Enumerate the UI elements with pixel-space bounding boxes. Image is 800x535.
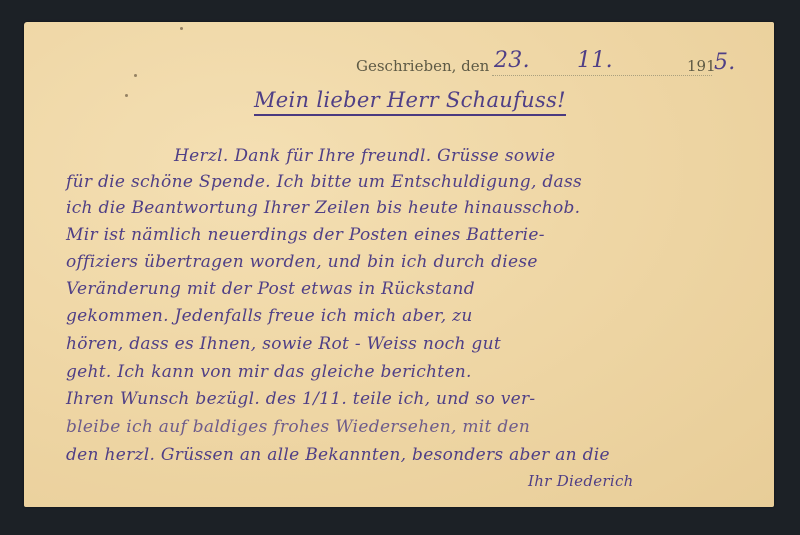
date-dotted-line (492, 75, 712, 76)
body-line: Herzl. Dank für Ihre freundl. Grüsse sow… (174, 146, 555, 166)
body-line: gekommen. Jedenfalls freue ich mich aber… (66, 306, 473, 326)
printed-year-prefix: 191 (687, 57, 716, 75)
body-line: bleibe ich auf baldiges frohes Wiederseh… (66, 417, 530, 437)
stain (134, 74, 137, 77)
signature: Ihr Diederich (528, 472, 634, 490)
printed-date-label: Geschrieben, den (356, 57, 489, 75)
body-line: für die schöne Spende. Ich bitte um Ents… (66, 172, 582, 192)
body-line: Veränderung mit der Post etwas in Rückst… (66, 279, 475, 299)
greeting: Mein lieber Herr Schaufuss! (254, 88, 566, 116)
handwritten-year-digit: 5. (714, 50, 736, 75)
body-line: geht. Ich kann von mir das gleiche beric… (66, 362, 472, 382)
body-line: Mir ist nämlich neuerdings der Posten ei… (66, 225, 545, 245)
body-line: offiziers übertragen worden, und bin ich… (66, 252, 538, 272)
stain (180, 27, 183, 30)
stain (125, 94, 128, 97)
handwritten-day: 23. (494, 48, 530, 73)
body-line: Ihren Wunsch bezügl. des 1/11. teile ich… (66, 389, 535, 409)
postcard: Geschrieben, den 23. 11. 191 5. Mein lie… (24, 22, 774, 507)
body-line: hören, dass es Ihnen, sowie Rot - Weiss … (66, 334, 501, 354)
body-line: den herzl. Grüssen an alle Bekannten, be… (66, 445, 610, 465)
handwritten-month: 11. (577, 48, 613, 73)
body-line: ich die Beantwortung Ihrer Zeilen bis he… (66, 198, 580, 218)
